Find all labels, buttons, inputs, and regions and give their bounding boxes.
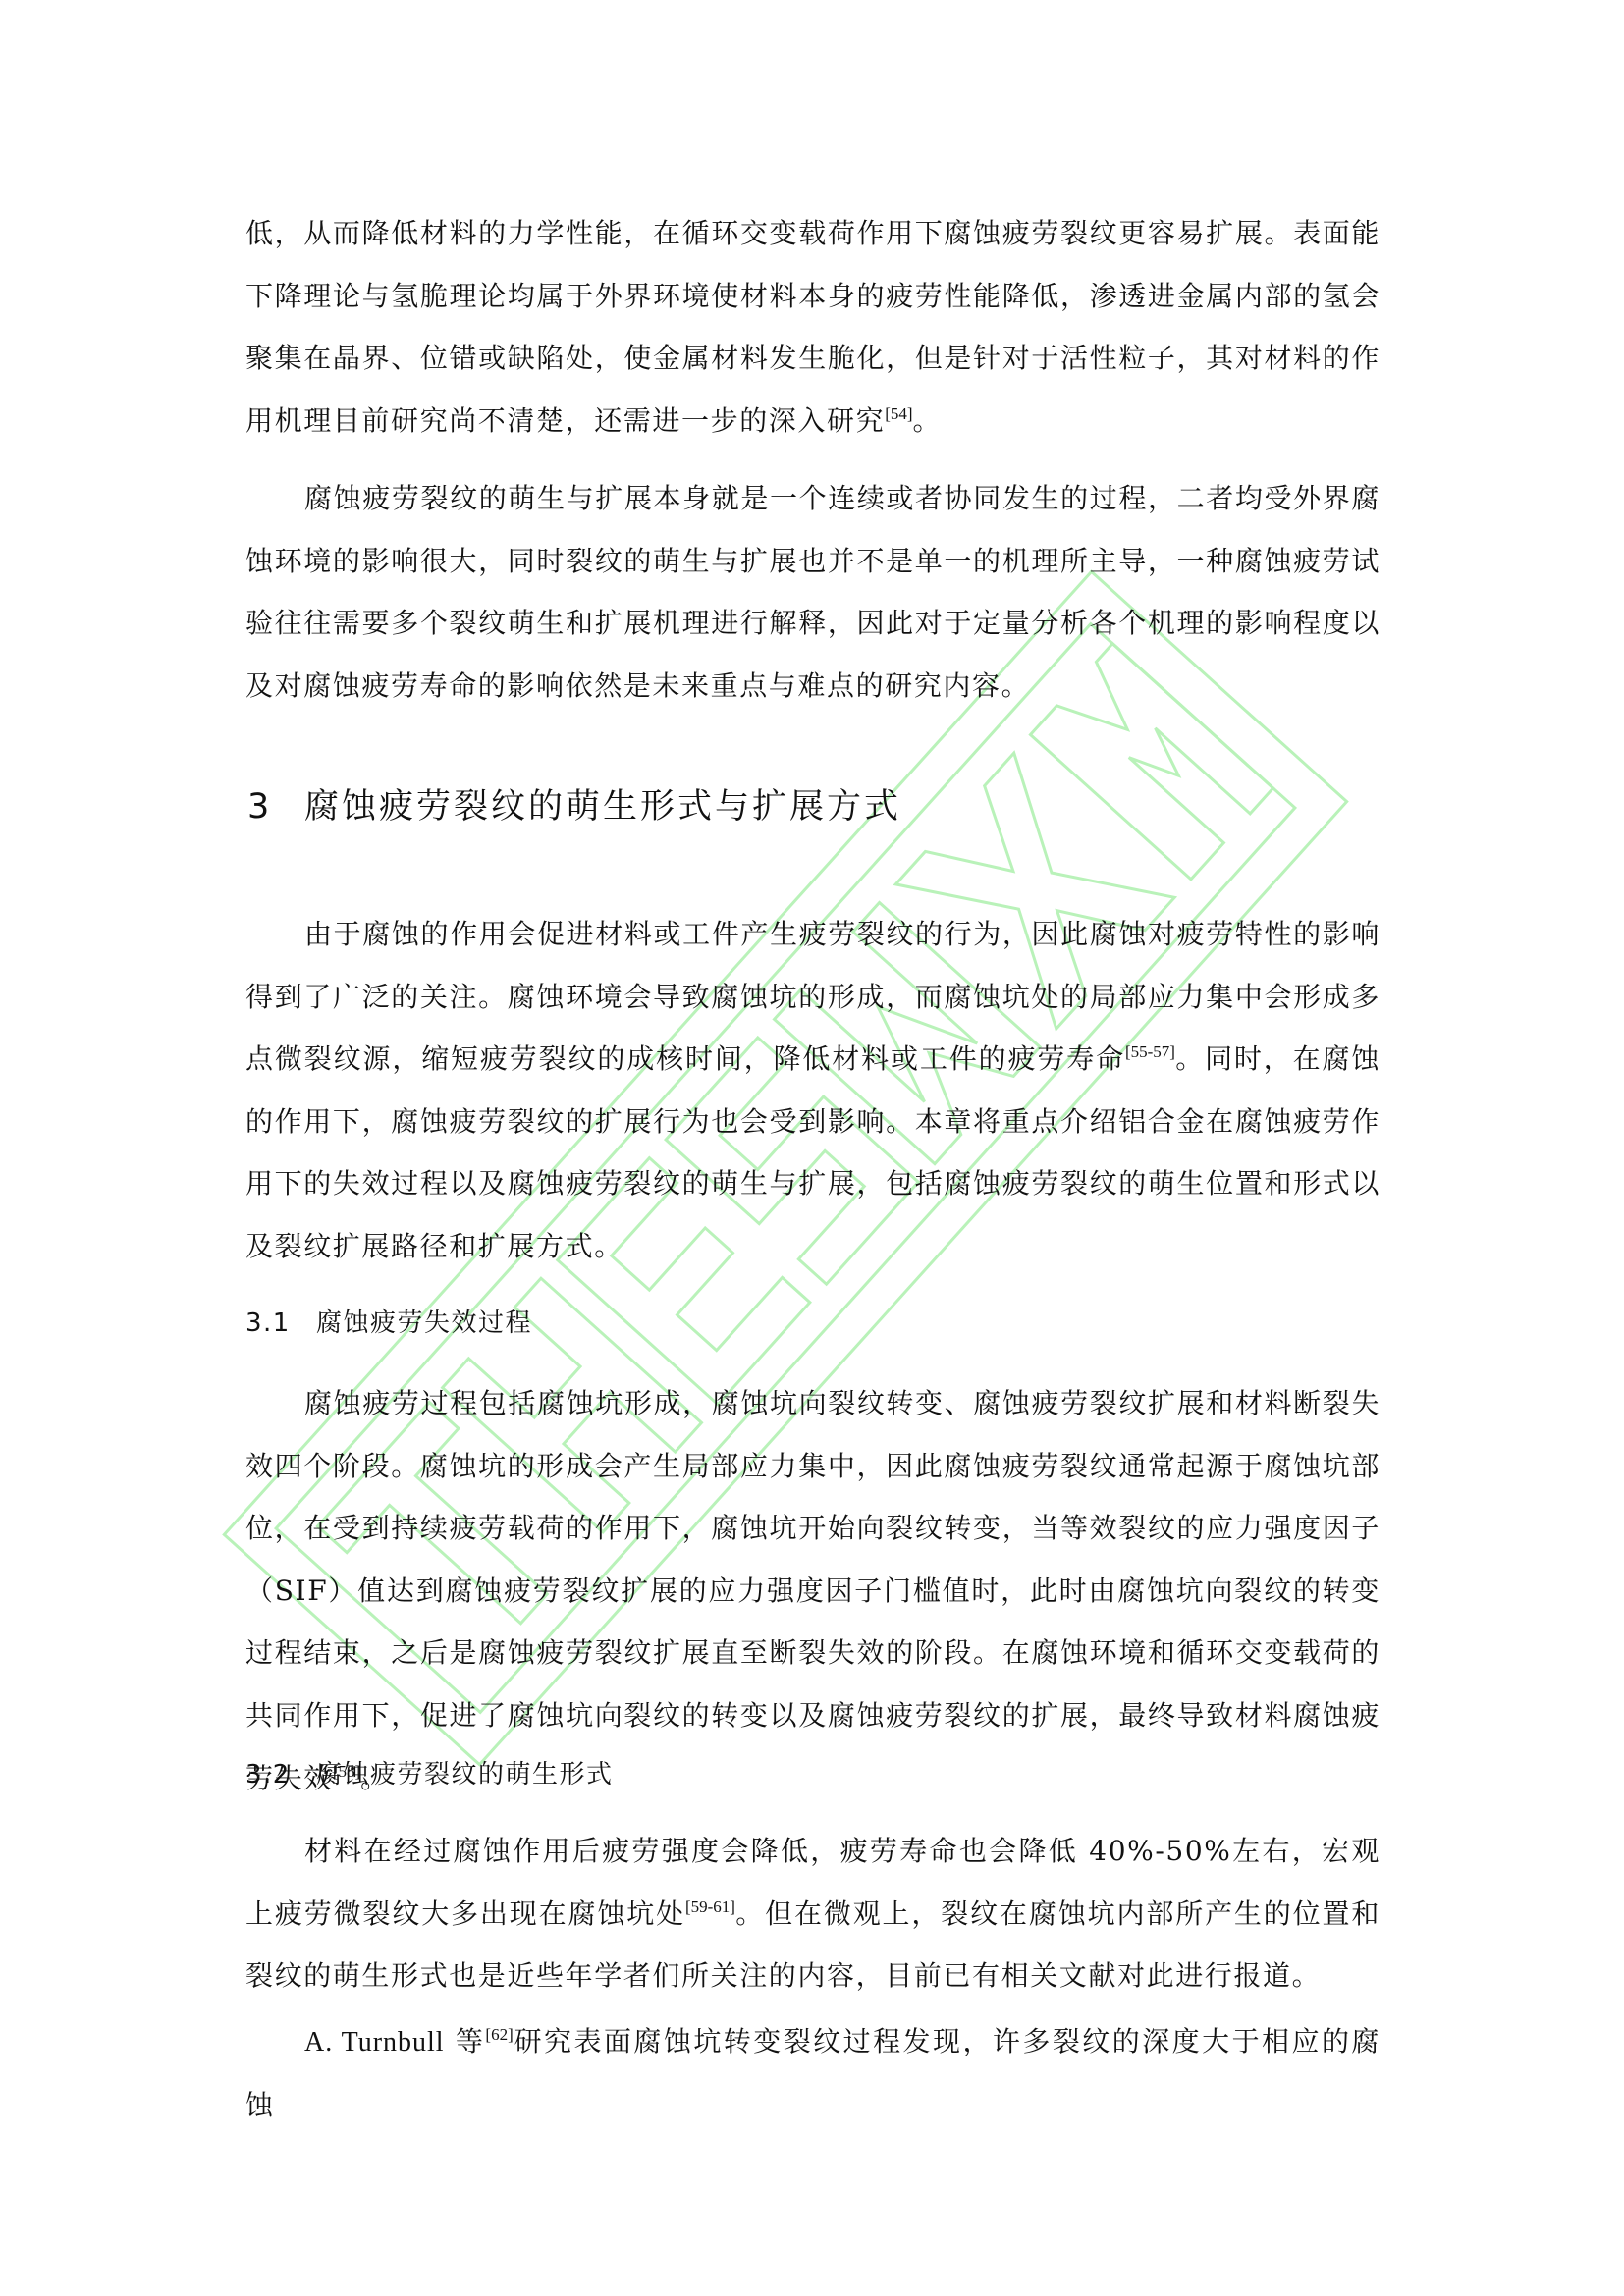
paragraph-text: 腐蚀疲劳过程包括腐蚀坑形成，腐蚀坑向裂纹转变、腐蚀疲劳裂纹扩展和材料断裂失效四个… (245, 1387, 1380, 1794)
paragraph: 材料在经过腐蚀作用后疲劳强度会降低，疲劳寿命也会降低 40%-50%左右，宏观上… (245, 1820, 1380, 2007)
citation-ref: [59-61] (685, 1897, 735, 1916)
paragraph: A. Turnbull 等[62]研究表面腐蚀坑转变裂纹过程发现，许多裂纹的深度… (245, 2010, 1380, 2136)
paragraph: 腐蚀疲劳裂纹的萌生与扩展本身就是一个连续或者协同发生的过程，二者均受外界腐蚀环境… (245, 467, 1380, 717)
chapter-title: 腐蚀疲劳裂纹的萌生形式与扩展方式 (304, 787, 901, 827)
section-title: 腐蚀疲劳裂纹的萌生形式 (316, 1760, 614, 1789)
section-number: 3.1 (245, 1306, 316, 1341)
section-heading: 3.1腐蚀疲劳失效过程 (245, 1306, 532, 1341)
paragraph-text: 等 (445, 2025, 486, 2057)
paragraph-continuation: 低，从而降低材料的力学性能，在循环交变载荷作用下腐蚀疲劳裂纹更容易扩展。表面能下… (245, 202, 1380, 452)
paragraph-text-end: 。同时，在腐蚀的作用下，腐蚀疲劳裂纹的扩展行为也会受到影响。本章将重点介绍铝合金… (245, 1042, 1380, 1262)
section-heading: 3.2腐蚀疲劳裂纹的萌生形式 (245, 1757, 614, 1792)
chapter-heading: 3腐蚀疲劳裂纹的萌生形式与扩展方式 (247, 785, 901, 828)
citation-ref: [62] (485, 2025, 513, 2044)
paragraph-text-end: 。 (913, 404, 943, 437)
citation-ref: [55-57] (1125, 1042, 1175, 1061)
citation-ref: [54] (885, 404, 912, 423)
document-page: 低，从而降低材料的力学性能，在循环交变载荷作用下腐蚀疲劳裂纹更容易扩展。表面能下… (0, 0, 1624, 2296)
paragraph-text: 低，从而降低材料的力学性能，在循环交变载荷作用下腐蚀疲劳裂纹更容易扩展。表面能下… (245, 217, 1380, 437)
paragraph-text: 腐蚀疲劳裂纹的萌生与扩展本身就是一个连续或者协同发生的过程，二者均受外界腐蚀环境… (245, 482, 1380, 702)
paragraph: 由于腐蚀的作用会促进材料或工件产生疲劳裂纹的行为，因此腐蚀对疲劳特性的影响得到了… (245, 903, 1380, 1278)
chapter-number: 3 (247, 785, 304, 828)
section-title: 腐蚀疲劳失效过程 (316, 1308, 532, 1338)
author-name: A. Turnbull (304, 2027, 445, 2057)
section-number: 3.2 (245, 1757, 316, 1792)
paragraph: 腐蚀疲劳过程包括腐蚀坑形成，腐蚀坑向裂纹转变、腐蚀疲劳裂纹扩展和材料断裂失效四个… (245, 1372, 1380, 1809)
